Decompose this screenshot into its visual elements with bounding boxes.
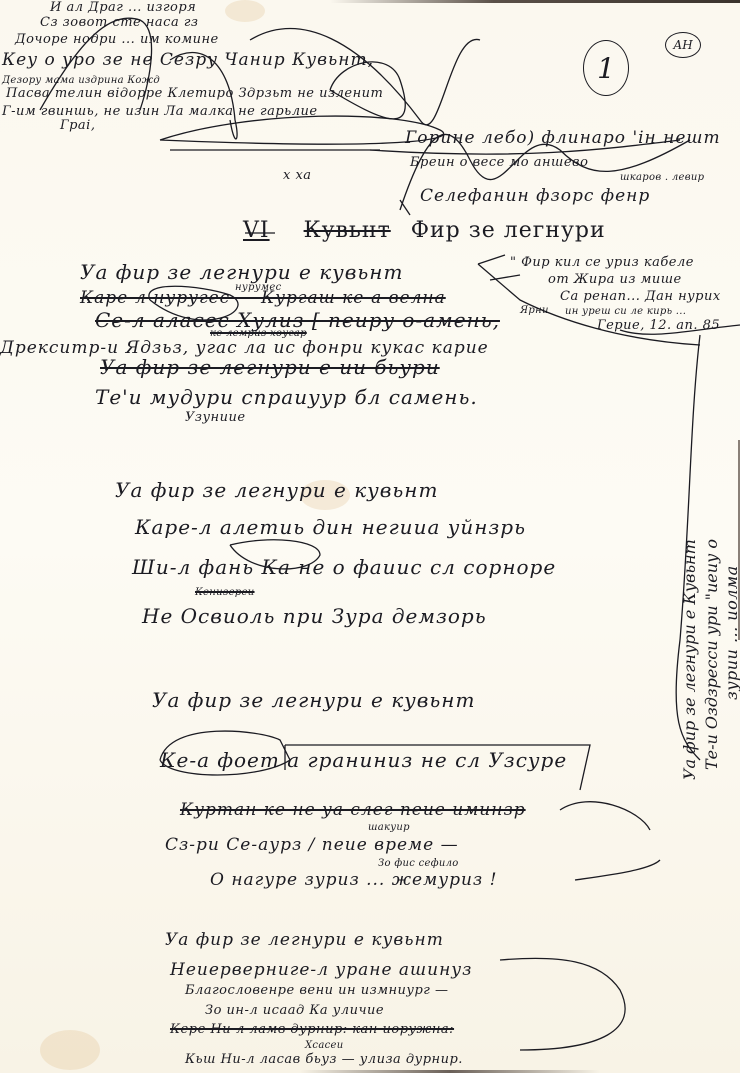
stanza-1-line: Уа фир зе легнури е кувьнт xyxy=(80,260,403,284)
page-number-circle: 1 xyxy=(583,40,629,96)
callout-line: " Фир кил се уриз кабеле xyxy=(510,255,694,270)
top-line: Дочоре нодри ... им комине xyxy=(15,32,219,47)
section-heading: VI Кувьнт Фир зе легнури xyxy=(243,218,606,243)
stanza-1-line: Каре-л нуругес — Кургаш ке-а велна xyxy=(80,288,446,308)
callout-line: от Жира из мише xyxy=(548,272,682,287)
stanza-3-line: Сз-ри Се-аурз / пеие време — xyxy=(165,835,459,855)
callout-line: Са ренап... Дан нурих xyxy=(560,289,721,304)
top-line: И ал Драг ... изгоря xyxy=(50,0,196,15)
stanza-3-line: Куртан ке не уа слег пеие иминзр xyxy=(180,800,526,820)
stanza-1-margin-note: Ярни xyxy=(520,305,549,316)
paper-stain xyxy=(40,1030,100,1070)
page-number: 1 xyxy=(597,52,615,85)
stanza-1-line: Те'и мудури спраиуур бл самень. xyxy=(95,385,478,409)
stanza-2-line: Уа фир зе легнури е кувьнт xyxy=(115,478,438,502)
stanza-4-line: Неиерверниге-л уране ашинуз xyxy=(170,960,472,980)
stanza-3-line: Уа фир зе легнури е кувьнт xyxy=(152,688,475,712)
stanza-3-line: О нагуре зуриз ... жемуриз ! xyxy=(210,870,497,890)
mid-mark: х ха xyxy=(283,168,312,183)
stanza-2-note: Кенизереи xyxy=(195,587,255,598)
callout-line: Герие, 12. ап. 85 xyxy=(597,318,720,333)
top-line: Кеу о уро зе не Сезру Чанир Кувьнт, xyxy=(2,50,374,70)
margin-vertical-line: Те-и Оздзресси ури "иеиу о xyxy=(702,539,721,770)
scan-top-edge xyxy=(330,0,740,3)
stanza-4-line: Зо ин-л исаад Ка уличие xyxy=(205,1003,384,1018)
corner-mark-circle: АН xyxy=(665,32,701,58)
stanza-4-line: Кере Ни-л ламв дурнир: кан иоружна: xyxy=(170,1022,454,1037)
stanza-1-note: Узуниие xyxy=(185,410,246,425)
stanza-2-line: Ши-л фань Ка не о фаиис сл сорноре xyxy=(132,555,556,579)
right-top-line: Бреин о весе мо аншево xyxy=(410,155,588,170)
stanza-4-line: Уа фир зе легнури е кувьнт xyxy=(165,930,444,950)
stanza-2-line: Не Освиоль при Зура демзорь xyxy=(142,604,487,628)
stanza-1-line: Уа фир зе легнури е ии бьури xyxy=(100,355,440,379)
corner-mark: АН xyxy=(673,38,693,52)
stanza-3-note: Зо фис сефило xyxy=(378,858,459,869)
section-numeral: VI xyxy=(243,218,270,243)
stanza-4-note: Хсасеи xyxy=(305,1040,343,1051)
top-line: Дезору мама издрина Кожд xyxy=(2,75,160,86)
top-line: Г-им гвиншь, не изин Ла малка не гарьлие xyxy=(2,104,318,119)
stanza-2-line: Каре-л алетиь дин негииа уйнзрь xyxy=(135,515,526,539)
callout-line: ин уреш си ле кирь ... xyxy=(565,306,686,317)
section-title-struck: Кувьнт xyxy=(304,218,391,243)
margin-vertical-line: Уа фир зе легнури е Кувьнт xyxy=(680,539,699,780)
margin-vertical-line: зурии ... иолма xyxy=(722,565,740,700)
manuscript-page: И ал Драг ... изгоря Сз зовот сте наса г… xyxy=(0,0,740,1073)
paper-stain xyxy=(225,0,265,22)
right-top-line: Селефанин фзорс фенр xyxy=(420,186,650,206)
top-line: Пасва телин відорре Клетиро Здрзьт не из… xyxy=(6,86,383,101)
stanza-4-line: Кьш Ни-л ласав бьуз — улиза дурнир. xyxy=(185,1052,463,1067)
top-line: Сз зовот сте наса гз xyxy=(40,15,199,30)
top-line: Граі, xyxy=(60,118,95,133)
stanza-3-line: Ке-а фоет а граниниз не сл Узсуре xyxy=(160,748,567,772)
stanza-4-line: Благословенре вени ин измниург — xyxy=(185,983,448,998)
section-title: Фир зе легнури xyxy=(411,218,606,243)
right-top-line: Горине лебо) флинаро 'ін нешт xyxy=(405,128,721,148)
stanza-3-note: шакуир xyxy=(368,822,410,833)
right-top-line: шкаров . левир xyxy=(620,172,704,183)
